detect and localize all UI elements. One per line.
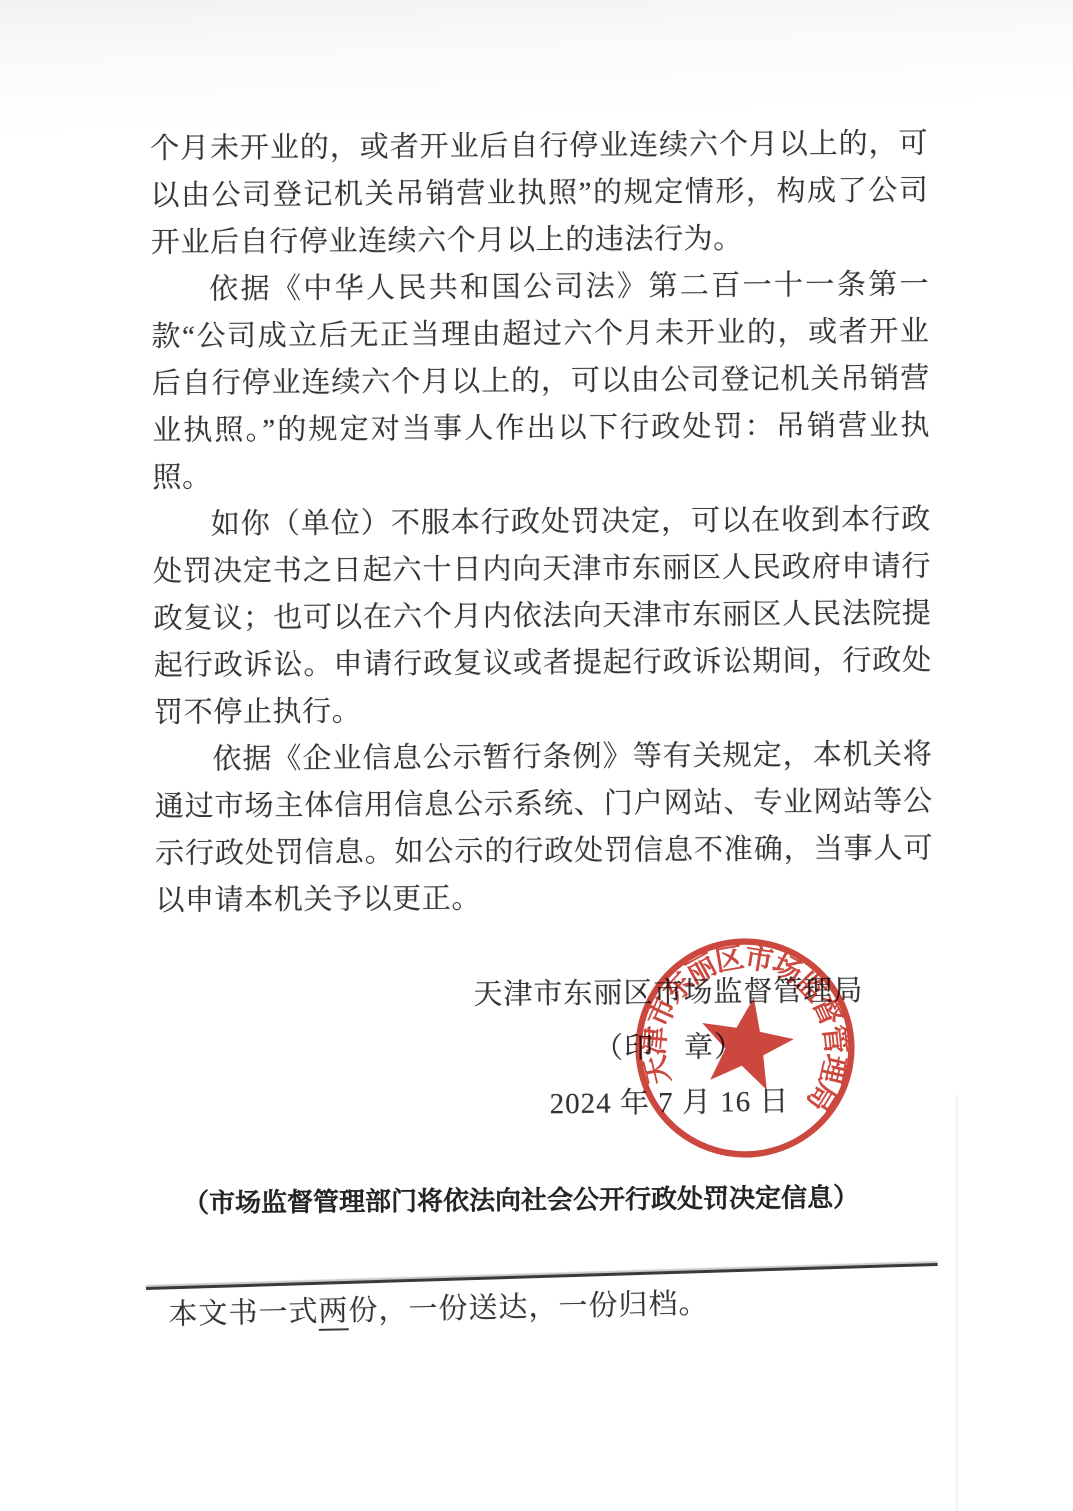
body-paragraph: 依据《企业信息公示暂行条例》等有关规定，本机关将通过市场主体信用信息公示系统、门…	[154, 732, 933, 925]
public-disclosure-note: （市场监督管理部门将依法向社会公开行政处罚决定信息）	[36, 1176, 1006, 1221]
copies-note-suffix: 份，一份送达，一份归档。	[348, 1288, 709, 1328]
official-seal-stamp: 天津市东丽区市场监督管理局	[609, 912, 880, 1183]
body-paragraph: 依据《中华人民共和国公司法》第二百一十一条第一款“公司成立后无正当理由超过六个月…	[151, 262, 931, 502]
seal-graphic: 天津市东丽区市场监督管理局	[609, 912, 880, 1183]
star-icon	[693, 990, 800, 1093]
scan-edge-line	[956, 1095, 958, 1511]
document-page: 个月未开业的，或者开业后自行停业连续六个月以上的，可以由公司登记机关吊销营业执照…	[0, 0, 1073, 1511]
body-paragraph: 如你（单位）不服本行政处罚决定，可以在收到本行政处罚决定书之日起六十日内向天津市…	[153, 497, 933, 737]
body-paragraph: 个月未开业的，或者开业后自行停业连续六个月以上的，可以由公司登记机关吊销营业执照…	[150, 121, 929, 267]
scan-shade	[0, 0, 1073, 135]
copies-note-underlined: 两	[318, 1295, 349, 1331]
document-body: 个月未开业的，或者开业后自行停业连续六个月以上的，可以由公司登记机关吊销营业执照…	[150, 121, 934, 925]
copies-note-prefix: 本文书一式	[168, 1296, 319, 1331]
